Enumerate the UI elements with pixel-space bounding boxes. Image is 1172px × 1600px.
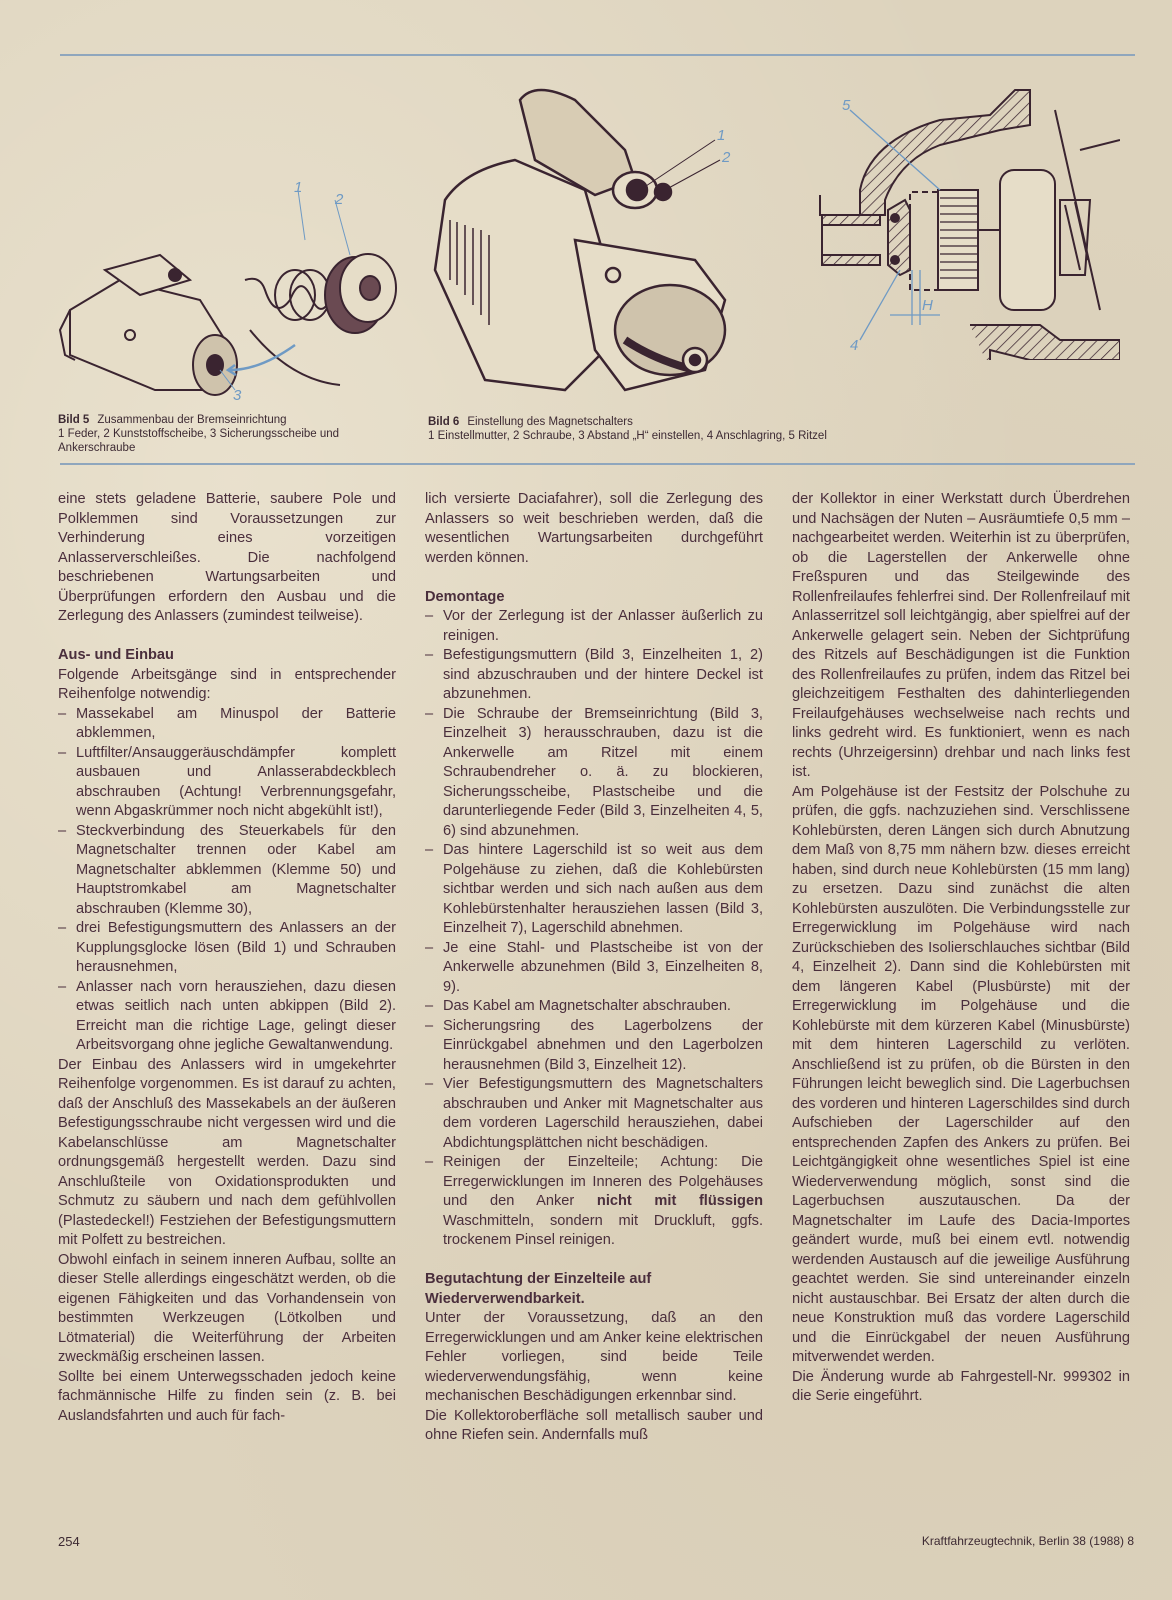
removal-steps-list: Massekabel am Minuspol der Batterie abkl… [58,705,396,1056]
list-item: Die Schraube der Bremseinrichtung (Bild … [425,705,763,842]
list-item: Massekabel am Minuspol der Batterie abkl… [58,705,396,744]
list-item: Steckverbindung des Steuerkabels für den… [58,822,396,920]
figure-bild6-starter-illustration: 1 2 [425,70,770,400]
page-number: 254 [58,1534,80,1549]
figure-label: Bild 6 [428,416,459,428]
text-column-3: der Kollektor in einer Werkstatt durch Ü… [792,490,1130,1407]
list-item: drei Befestigungsmuttern des Anlassers a… [58,919,396,978]
body-paragraph: Die Änderung wurde ab Fahrgestell-Nr. 99… [792,1368,1130,1407]
callout-1: 1 [717,127,725,144]
list-item: Das Kabel am Magnetschalter abschrauben. [425,997,763,1017]
intro-paragraph: eine stets geladene Batterie, saubere Po… [58,490,396,627]
callout-h-distance: H [922,297,933,314]
starter-brake-assembly-drawing: 1 2 3 [50,180,410,400]
starter-solenoid-drawing: 1 2 [425,70,770,400]
callout-2: 2 [334,191,344,208]
figure-title: Zusammenbau der Bremseinrichtung [97,414,286,426]
body-paragraph: Obwohl einfach in seinem inneren Aufbau,… [58,1251,396,1368]
figure-title: Einstellung des Magnetschalters [467,416,633,428]
callout-3: 3 [233,387,242,400]
callout-4: 4 [850,337,858,354]
body-paragraph: Sollte bei einem Unterwegsschaden jedoch… [58,1368,396,1427]
callout-5: 5 [842,97,851,114]
body-paragraph: Die Kollektoroberfläche soll metallisch … [425,1407,763,1446]
caption-rule [60,463,1135,465]
body-paragraph: Unter der Voraussetzung, daß an den Erre… [425,1309,763,1407]
disassembly-steps-list: Vor der Zerlegung ist der Anlasser äußer… [425,607,763,1251]
callout-1: 1 [294,180,302,196]
list-item: Reinigen der Einzelteile; Achtung: Die E… [425,1153,763,1251]
body-paragraph: der Kollektor in einer Werkstatt durch Ü… [792,490,1130,783]
figure-caption-bild6: Bild 6Einstellung des Magnetschalters 1 … [428,415,988,443]
section-heading-begutachtung: Begutachtung der Einzelteile auf Wiederv… [425,1270,763,1309]
figure-bild5-illustration: 1 2 3 [50,180,410,400]
body-paragraph: Am Polgehäuse ist der Festsitz der Polsc… [792,783,1130,1368]
pinion-cross-section-drawing: 5 4 H [790,70,1120,360]
figure-legend: 1 Einstellmutter, 2 Schraube, 3 Abstand … [428,430,827,442]
list-item: Das hintere Lagerschild ist so weit aus … [425,841,763,939]
list-item: Vor der Zerlegung ist der Anlasser äußer… [425,607,763,646]
list-item: Luftfilter/Ansauggeräuschdämpfer komplet… [58,744,396,822]
body-paragraph: Der Einbau des Anlassers wird in umgekeh… [58,1056,396,1251]
text-column-1: eine stets geladene Batterie, saubere Po… [58,490,396,1426]
text-column-2: lich versierte Daciafahrer), soll die Ze… [425,490,763,1446]
list-item: Sicherungsring des Lagerbolzens der Einr… [425,1017,763,1076]
top-rule [60,54,1135,56]
emphasis-text: nicht mit flüssigen [597,1193,763,1209]
list-item: Befestigungsmuttern (Bild 3, Einzelheite… [425,646,763,705]
lead-paragraph: Folgende Arbeitsgänge sind in entspreche… [58,666,396,705]
figure-bild6-section-drawing: 5 4 H [790,70,1120,360]
section-heading-aus-und-einbau: Aus- und Einbau [58,646,396,666]
figure-label: Bild 5 [58,414,89,426]
figure-caption-bild5: Bild 5Zusammenbau der Bremseinrichtung 1… [58,413,408,455]
callout-2: 2 [721,149,731,166]
intro-paragraph: lich versierte Daciafahrer), soll die Ze… [425,490,763,568]
step-text: Waschmitteln, sondern mit Druckluft, ggf… [443,1213,763,1249]
section-heading-demontage: Demontage [425,588,763,608]
list-item: Je eine Stahl- und Plastscheibe ist von … [425,939,763,998]
journal-citation: Kraftfahrzeugtechnik, Berlin 38 (1988) 8 [922,1534,1134,1548]
figure-legend: 1 Feder, 2 Kunststoffscheibe, 3 Sicherun… [58,428,339,454]
list-item: Anlasser nach vorn herausziehen, dazu di… [58,978,396,1056]
list-item: Vier Befestigungsmuttern des Magnetschal… [425,1075,763,1153]
